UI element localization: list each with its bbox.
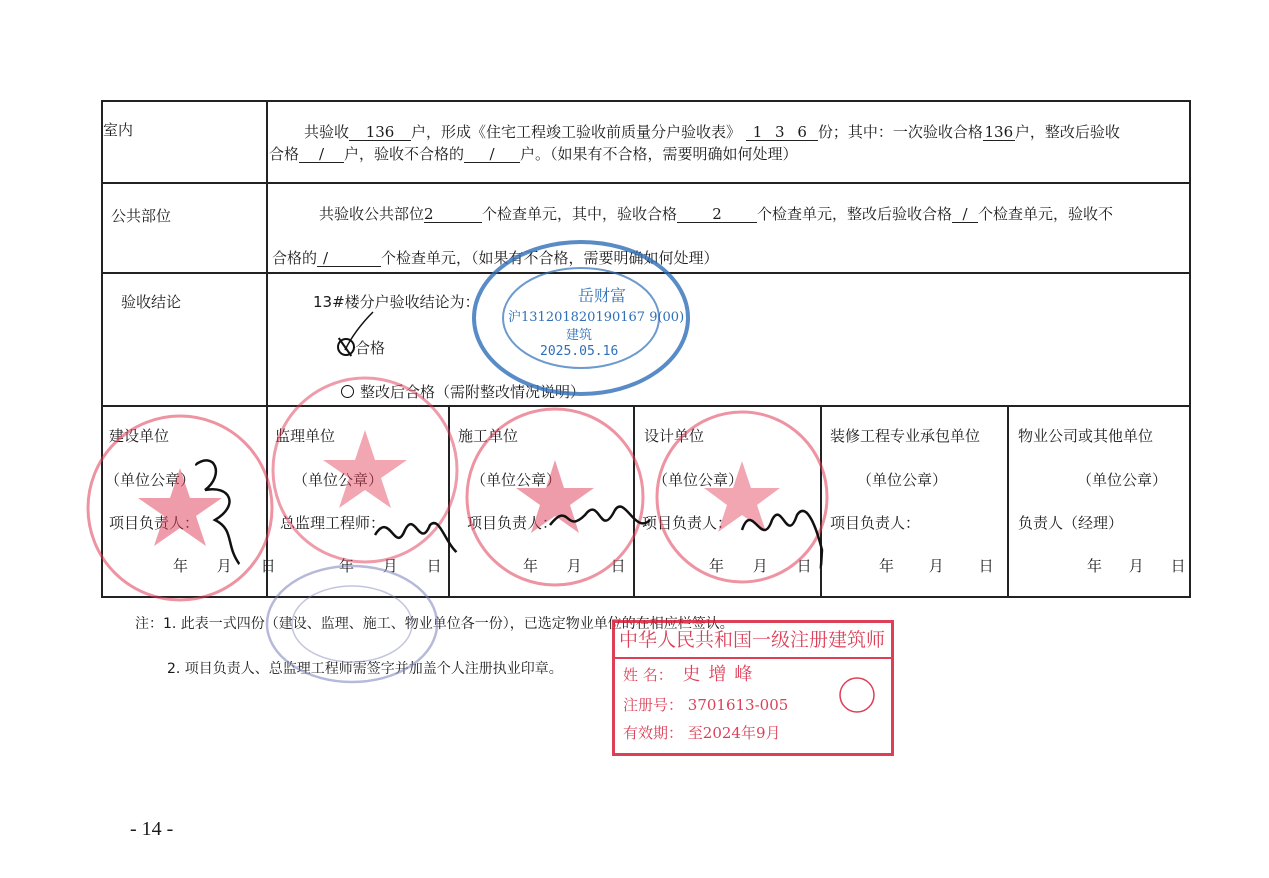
check-stroke-icon	[341, 310, 381, 355]
first-pass-count: 136	[983, 124, 1015, 141]
row-label-conclusion: 验收结论	[121, 292, 181, 312]
date-placeholder: 年 月 日	[523, 556, 626, 576]
page-number: - 14 -	[130, 818, 173, 841]
date-placeholder: 年 月 日	[879, 556, 994, 576]
note-line-2: 2. 项目负责人、总监理工程师需签字并加盖个人注册执业印章。	[167, 659, 563, 679]
row-divider	[101, 182, 1191, 184]
architect-stamp-title: 中华人民共和国一级注册建筑师	[615, 623, 891, 659]
table-border-top	[101, 100, 1191, 102]
sig-divider	[448, 405, 450, 596]
architect-stamp: 中华人民共和国一级注册建筑师 姓 名： 史增峰 注册号： 3701613-005…	[612, 620, 894, 756]
label-column-divider	[266, 100, 268, 405]
units-total: 2	[424, 206, 482, 223]
acceptance-table: 室内 共验收136户，形成《住宅工程竣工验收前质量分户验收表》 1 3 6份；其…	[101, 100, 1191, 598]
row-divider	[101, 272, 1191, 274]
table-border-bottom	[101, 596, 1191, 598]
units-after-rectify: /	[952, 206, 978, 223]
radio-unchecked-icon[interactable]	[341, 385, 354, 398]
after-rectify-count: /	[299, 146, 344, 163]
public-line-1: 共验收公共部位2个检查单元，其中，验收合格2个检查单元，整改后验收合格/个检查单…	[319, 204, 1113, 224]
date-placeholder: 年 月 日	[173, 556, 276, 576]
public-line-2: 合格的/个检查单元，（如果有不合格，需要明确如何处理）	[272, 248, 719, 268]
architect-reg-no: 3701613-005	[688, 696, 789, 714]
indoor-line-2: 合格/户，验收不合格的/户。（如果有不合格，需要明确如何处理）	[269, 144, 798, 164]
architect-valid: 至2024年9月	[688, 724, 781, 742]
blue-seal-date: 2025.05.16	[540, 342, 618, 362]
option-rectified[interactable]: 整改后合格（需附整改情况说明）	[341, 382, 585, 402]
forms-count: 1 3 6	[746, 124, 818, 141]
sig-divider	[820, 405, 822, 596]
date-placeholder: 年 月 日	[709, 556, 812, 576]
units-failed: /	[317, 250, 381, 267]
sig-divider	[633, 405, 635, 596]
table-border-left	[101, 100, 103, 598]
architect-name: 史增峰	[682, 664, 760, 685]
blue-seal-name: 岳财富	[578, 286, 626, 306]
households-total: 136	[349, 124, 411, 141]
sig-divider	[1007, 405, 1009, 596]
blue-seal-number: 沪131201820190167 9(00)	[508, 308, 684, 328]
failed-count: /	[464, 146, 520, 163]
row-divider	[101, 405, 1191, 407]
row-label-public: 公共部位	[111, 206, 171, 226]
units-pass: 2	[677, 206, 757, 223]
conclusion-statement: 13#楼分户验收结论为：	[313, 292, 480, 312]
small-round-seal-icon	[837, 675, 877, 715]
row-label-indoor: 室内	[103, 120, 133, 140]
date-placeholder: 年 月 日	[339, 556, 442, 576]
date-placeholder: 年 月 日	[1087, 556, 1186, 576]
indoor-line-1: 共验收136户，形成《住宅工程竣工验收前质量分户验收表》 1 3 6份；其中：一…	[304, 122, 1120, 142]
table-border-right	[1189, 100, 1191, 598]
